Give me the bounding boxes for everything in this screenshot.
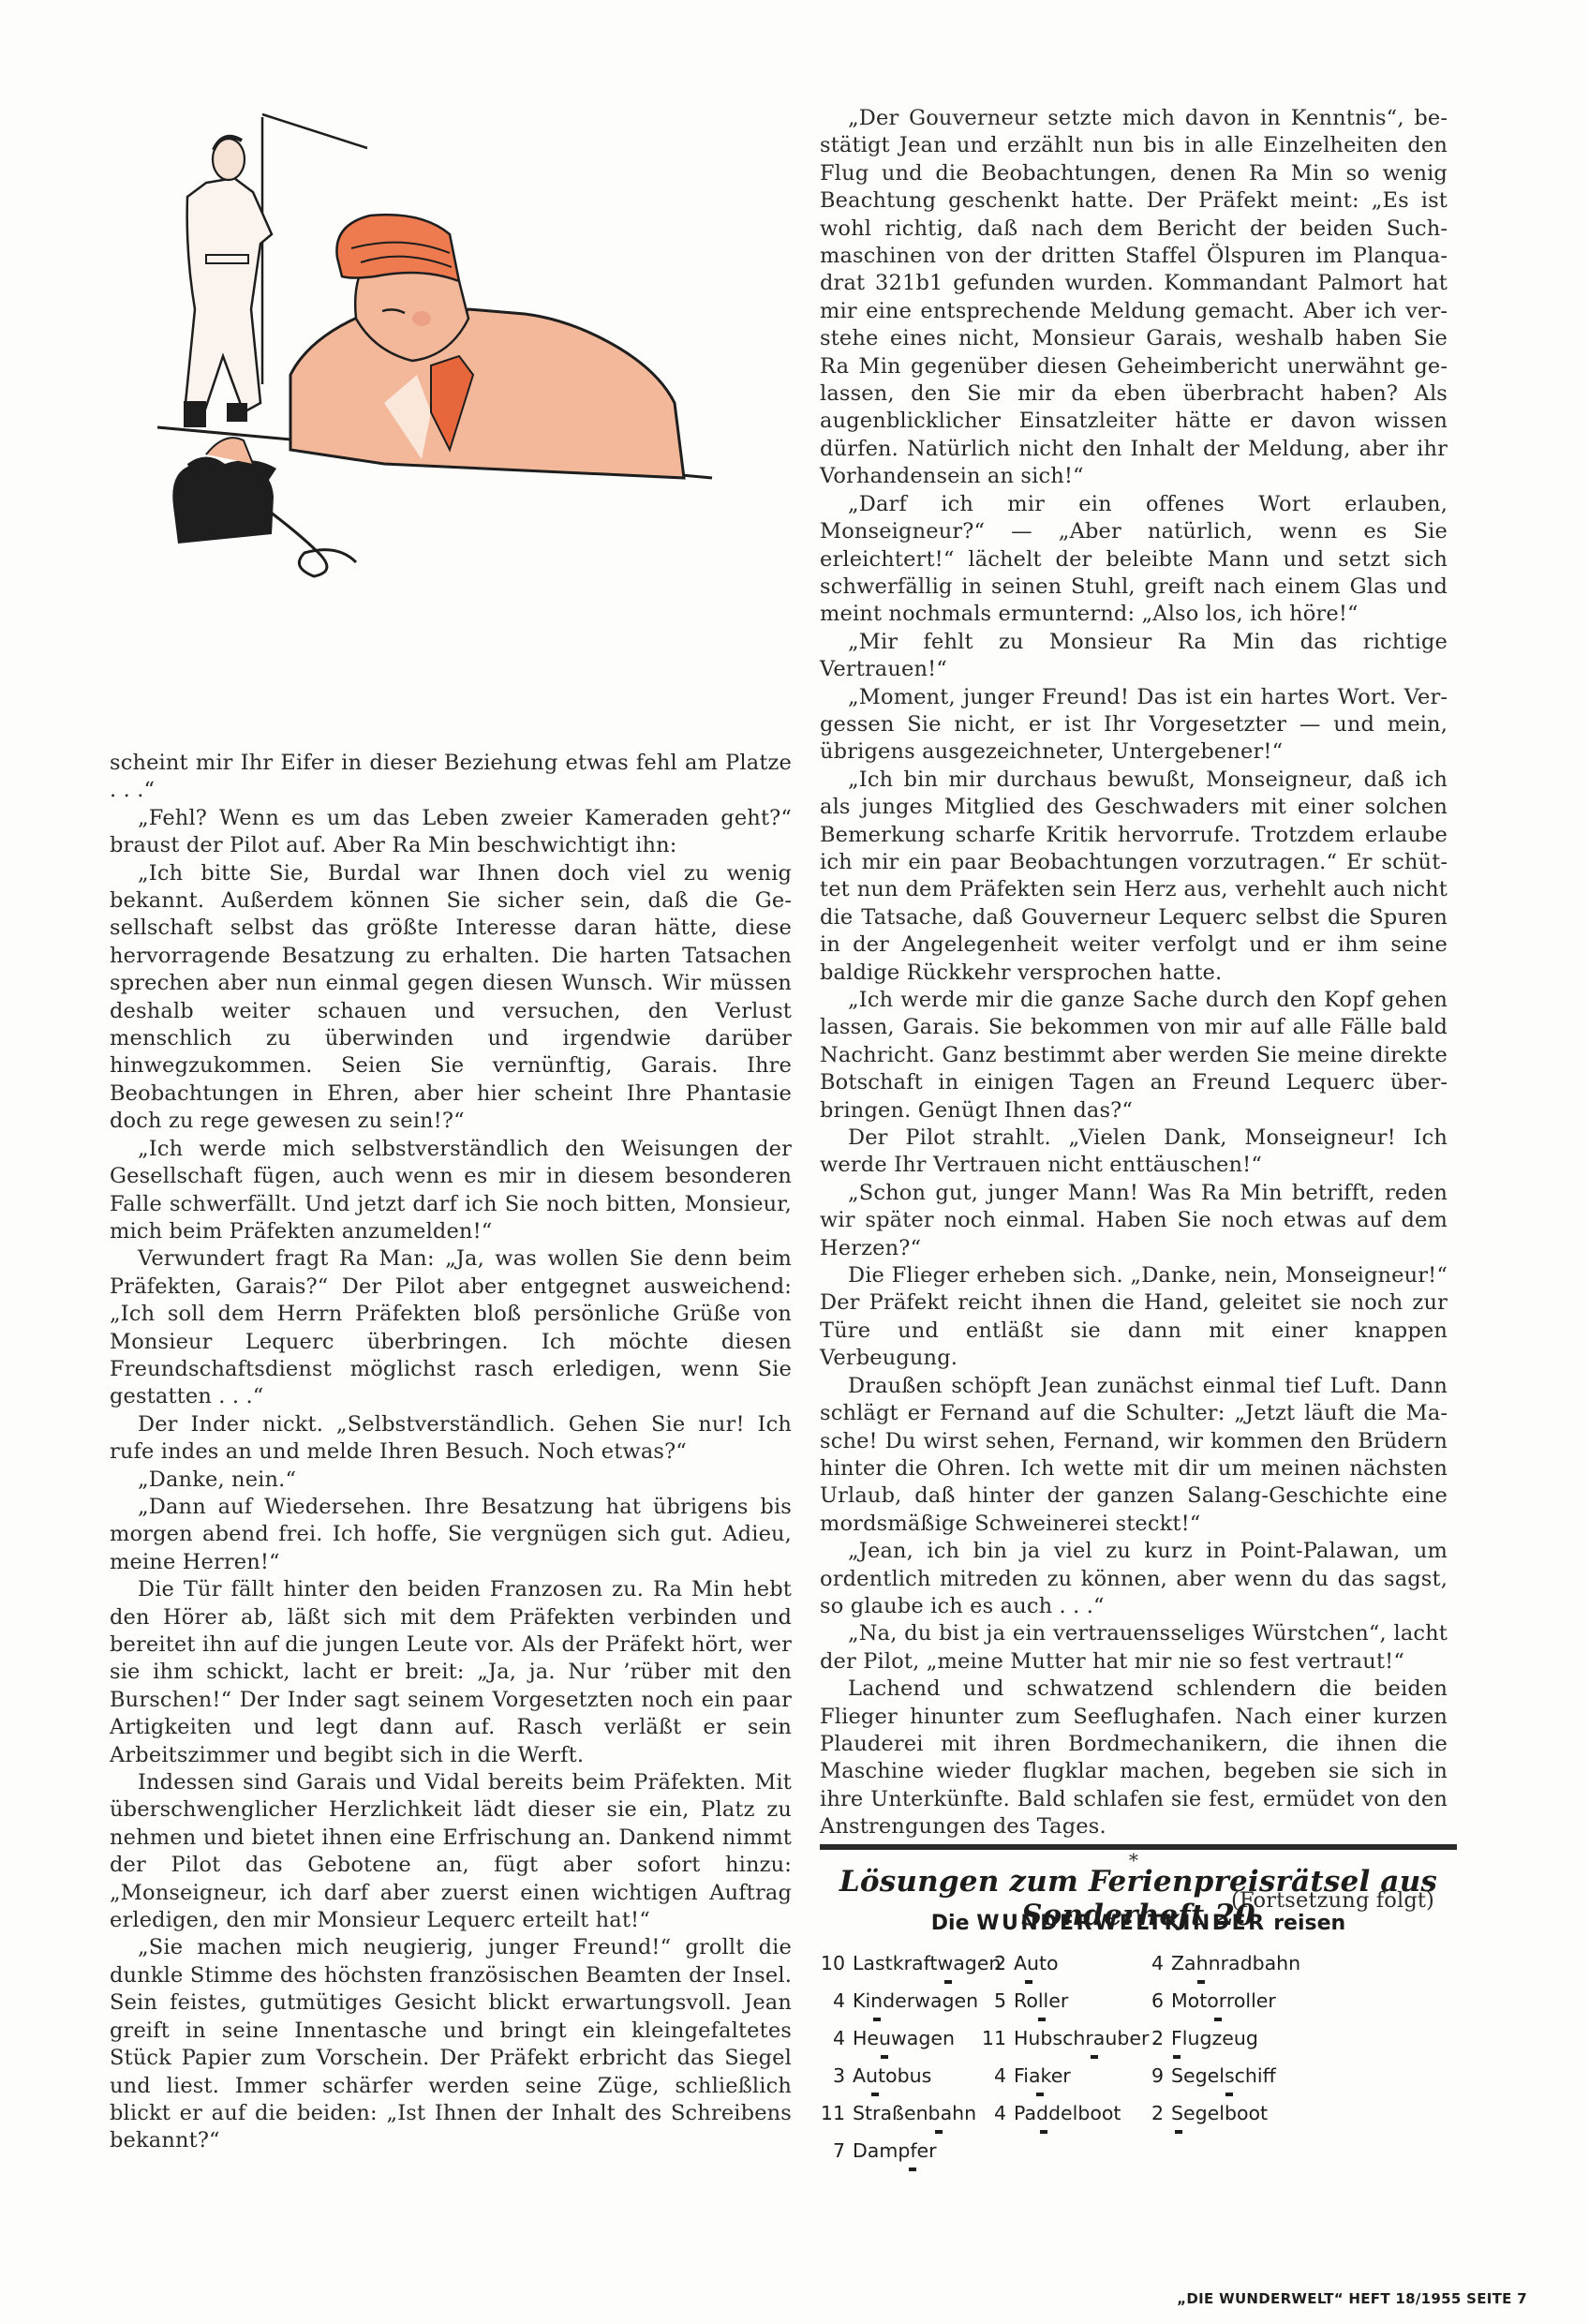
paragraph: Verwundert fragt Ra Man: „Ja, was wollen… bbox=[110, 1245, 792, 1410]
solution-word: Heuwagen bbox=[853, 2027, 955, 2049]
paragraph: „Der Gouverneur setzte mich davon in Ken… bbox=[820, 105, 1448, 491]
story-illustration bbox=[150, 94, 806, 768]
marked-letter-indicator bbox=[1040, 2130, 1047, 2134]
solutions-column-2: 2Auto 5Roller 11Hubschrauber 4Fiaker 4Pa… bbox=[978, 1952, 1149, 2139]
subtitle-prefix: Die bbox=[931, 1912, 970, 1935]
paragraph: „Danke, nein.“ bbox=[110, 1467, 792, 1494]
solutions-column-1: 10Lastkraftwagen 4Kinderwagen 4Heuwagen … bbox=[817, 1952, 1001, 2177]
paragraph: „Ich bitte Sie, Burdal war Ihnen doch vi… bbox=[110, 860, 792, 1136]
solution-item: 4Heuwagen bbox=[817, 2027, 1001, 2064]
solutions-column-3: 4Zahnradbahn 6Motorroller 2Flugzeug 9Seg… bbox=[1136, 1952, 1300, 2139]
solution-item: 6Motorroller bbox=[1136, 1989, 1300, 2027]
solutions-subtitle: Die WUNDERWELTKINDER reisen bbox=[820, 1912, 1457, 1935]
solution-number: 7 bbox=[817, 2139, 845, 2162]
solution-item: 2Auto bbox=[978, 1952, 1149, 1989]
paragraph: scheint mir Ihr Eifer in dieser Beziehun… bbox=[110, 750, 792, 805]
solution-number: 3 bbox=[817, 2064, 845, 2087]
marked-letter-indicator bbox=[1036, 2093, 1044, 2096]
solution-item: 4Kinderwagen bbox=[817, 1989, 1001, 2027]
paragraph: „Ich werde mich selbstverständlich den W… bbox=[110, 1136, 792, 1246]
paragraph: „Dann auf Wiedersehen. Ihre Besatzung ha… bbox=[110, 1494, 792, 1576]
paragraph: „Jean, ich bin ja viel zu kurz in Point-… bbox=[820, 1538, 1448, 1620]
paragraph: „Moment, junger Freund! Das ist ein hart… bbox=[820, 684, 1448, 767]
solution-number: 6 bbox=[1136, 1989, 1164, 2012]
left-text-column: scheint mir Ihr Eifer in dieser Beziehun… bbox=[110, 750, 792, 2155]
marked-letter-indicator bbox=[1225, 2093, 1233, 2096]
solution-item: 11Straßenbahn bbox=[817, 2102, 1001, 2139]
solution-word: Dampfer bbox=[853, 2139, 937, 2162]
solution-word: Zahnradbahn bbox=[1171, 1952, 1300, 1974]
marked-letter-indicator bbox=[871, 2093, 879, 2096]
solution-number: 4 bbox=[817, 2027, 845, 2049]
solution-item: 2Flugzeug bbox=[1136, 2027, 1300, 2064]
paragraph: Die Flieger erheben sich. „Danke, nein, … bbox=[820, 1262, 1448, 1373]
solution-word: Paddelboot bbox=[1014, 2102, 1121, 2124]
paragraph: Draußen schöpft Jean zunächst einmal tie… bbox=[820, 1373, 1448, 1538]
solution-item: 11Hubschrauber bbox=[978, 2027, 1149, 2064]
solution-item: 7Dampfer bbox=[817, 2139, 1001, 2177]
solution-number: 11 bbox=[978, 2027, 1006, 2049]
solution-number: 4 bbox=[978, 2064, 1006, 2087]
page-footer: „DIE WUNDERWELT“ HEFT 18/1955 SEITE 7 bbox=[1152, 2290, 1527, 2307]
pilot-figure bbox=[184, 137, 272, 427]
subtitle-suffix: reisen bbox=[1273, 1912, 1345, 1935]
paragraph: „Schon gut, junger Mann! Was Ra Min betr… bbox=[820, 1180, 1448, 1262]
solution-number: 2 bbox=[1136, 2102, 1164, 2124]
solution-word: Kinderwagen bbox=[853, 1989, 978, 2012]
solution-word: Flugzeug bbox=[1171, 2027, 1258, 2049]
solution-word: Segelschiff bbox=[1171, 2064, 1276, 2087]
paragraph: „Darf ich mir ein offenes Wort erlauben,… bbox=[820, 491, 1448, 629]
paragraph: „Na, du bist ja ein vertrauensseliges Wü… bbox=[820, 1620, 1448, 1676]
solution-number: 4 bbox=[978, 2102, 1006, 2124]
paragraph: Indessen sind Garais und Vidal bereits b… bbox=[110, 1769, 792, 1934]
marked-letter-indicator bbox=[1025, 1980, 1032, 1984]
marked-letter-indicator bbox=[873, 2018, 881, 2021]
solution-item: 3Autobus bbox=[817, 2064, 1001, 2102]
solution-word: Fiaker bbox=[1014, 2064, 1071, 2087]
solution-number: 4 bbox=[817, 1989, 845, 2012]
solution-number: 10 bbox=[817, 1952, 845, 1974]
solution-word: Autobus bbox=[853, 2064, 931, 2087]
solution-item: 2Segelboot bbox=[1136, 2102, 1300, 2139]
solution-word: Hubschrauber bbox=[1014, 2027, 1149, 2049]
paragraph: „Fehl? Wenn es um das Leben zweier Kamer… bbox=[110, 805, 792, 860]
solution-number: 2 bbox=[1136, 2027, 1164, 2049]
solution-word: Motorroller bbox=[1171, 1989, 1276, 2012]
solution-item: 9Segelschiff bbox=[1136, 2064, 1300, 2102]
solution-word: Segelboot bbox=[1171, 2102, 1268, 2124]
solution-item: 4Paddelboot bbox=[978, 2102, 1149, 2139]
solution-item: 4Zahnradbahn bbox=[1136, 1952, 1300, 1989]
marked-letter-indicator bbox=[1038, 2018, 1046, 2021]
paragraph: Der Inder nickt. „Selbstverständlich. Ge… bbox=[110, 1411, 792, 1467]
turbaned-man-figure bbox=[290, 215, 684, 478]
marked-letter-indicator bbox=[1214, 2018, 1222, 2021]
marked-letter-indicator bbox=[1173, 2055, 1181, 2059]
solution-item: 4Fiaker bbox=[978, 2064, 1149, 2102]
solution-word: Roller bbox=[1014, 1989, 1068, 2012]
paragraph: „Ich werde mir die ganze Sache durch den… bbox=[820, 987, 1448, 1125]
paragraph: „Mir fehlt zu Monsieur Ra Min das richti… bbox=[820, 629, 1448, 684]
paragraph: Lachend und schwatzend schlendern die be… bbox=[820, 1676, 1448, 1840]
paragraph: Die Tür fällt hinter den beiden Franzose… bbox=[110, 1576, 792, 1769]
solution-number: 11 bbox=[817, 2102, 845, 2124]
paragraph: „Ich bin mir durchaus bewußt, Monseigneu… bbox=[820, 767, 1448, 987]
solution-item: 5Roller bbox=[978, 1989, 1149, 2027]
marked-letter-indicator bbox=[1197, 1980, 1205, 1984]
right-text-column: „Der Gouverneur setzte mich davon in Ken… bbox=[820, 105, 1448, 1914]
marked-letter-indicator bbox=[909, 2168, 916, 2171]
solution-number: 5 bbox=[978, 1989, 1006, 2012]
solution-number: 9 bbox=[1136, 2064, 1164, 2087]
solution-word: Auto bbox=[1014, 1952, 1059, 1974]
section-divider bbox=[820, 1844, 1457, 1850]
paragraph: Der Pilot strahlt. „Vielen Dank, Monseig… bbox=[820, 1125, 1448, 1180]
paragraph: „Sie machen mich neugierig, junger Freun… bbox=[110, 1934, 792, 2154]
solution-word: Straßenbahn bbox=[853, 2102, 976, 2124]
marked-letter-indicator bbox=[1175, 2130, 1182, 2134]
marked-letter-indicator bbox=[881, 2055, 888, 2059]
solution-item: 10Lastkraftwagen bbox=[817, 1952, 1001, 1989]
marked-letter-indicator bbox=[944, 1980, 952, 1984]
marked-letter-indicator bbox=[1091, 2055, 1098, 2059]
marked-letter-indicator bbox=[935, 2130, 943, 2134]
subtitle-main: WUNDERWELTKINDER bbox=[976, 1912, 1266, 1935]
solution-number: 4 bbox=[1136, 1952, 1164, 1974]
telephone-icon bbox=[172, 438, 356, 576]
solution-number: 2 bbox=[978, 1952, 1006, 1974]
